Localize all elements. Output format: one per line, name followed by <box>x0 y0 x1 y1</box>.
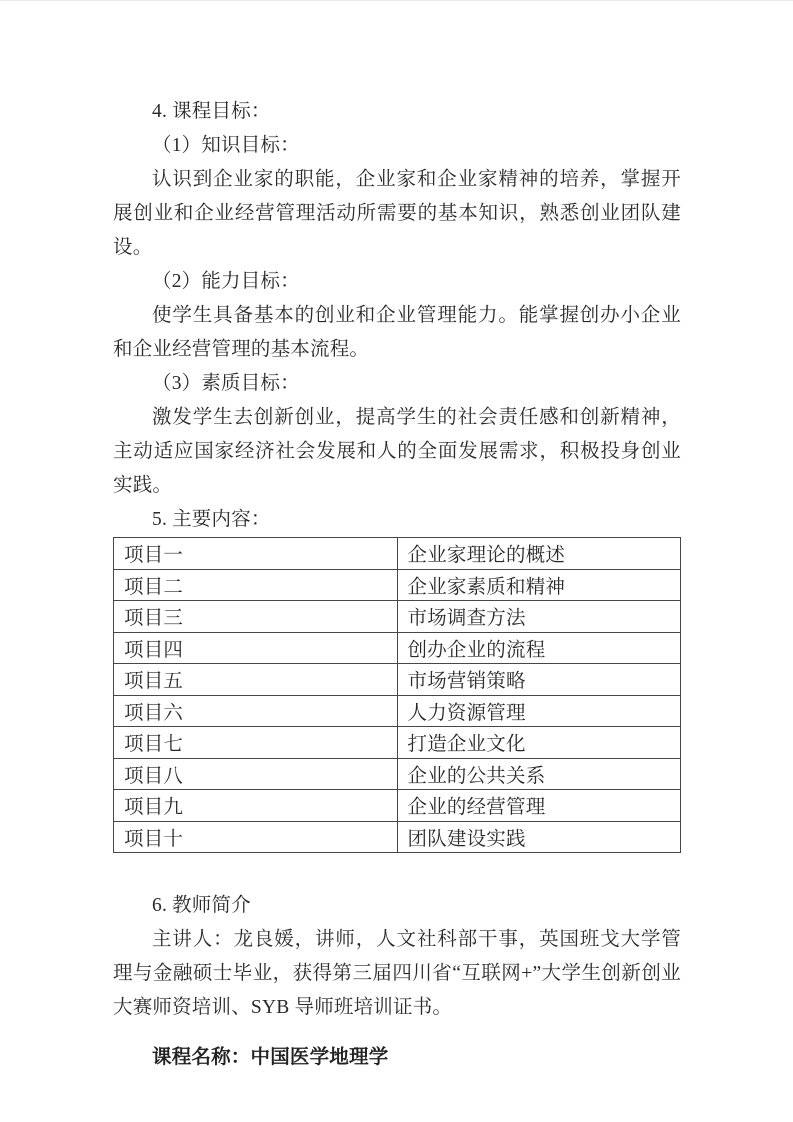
project-content-cell: 市场调查方法 <box>397 601 681 633</box>
project-number-cell: 项目二 <box>114 569 398 601</box>
ability-objective-body: 使学生具备基本的创业和企业管理能力。能掌握创办小企业和企业经营管理的基本流程。 <box>113 299 681 367</box>
section-4-heading: 4. 课程目标： <box>113 95 681 129</box>
table-row: 项目八 企业的公共关系 <box>114 758 681 790</box>
project-number-cell: 项目十 <box>114 821 398 853</box>
table-row: 项目六 人力资源管理 <box>114 695 681 727</box>
knowledge-objective-body: 认识到企业家的职能，企业家和企业家精神的培养，掌握开展创业和企业经营管理活动所需… <box>113 163 681 265</box>
project-content-cell: 人力资源管理 <box>397 695 681 727</box>
section-6-heading: 6. 教师简介 <box>113 889 681 923</box>
ability-objective-subheading: （2）能力目标： <box>113 265 681 299</box>
section-5-heading: 5. 主要内容： <box>113 503 681 537</box>
table-row: 项目一 企业家理论的概述 <box>114 538 681 570</box>
project-content-cell: 打造企业文化 <box>397 727 681 759</box>
quality-objective-body: 激发学生去创新创业，提高学生的社会责任感和创新精神，主动适应国家经济社会发展和人… <box>113 401 681 503</box>
project-content-cell: 企业的公共关系 <box>397 758 681 790</box>
project-number-cell: 项目八 <box>114 758 398 790</box>
project-content-cell: 团队建设实践 <box>397 821 681 853</box>
teacher-bio-body: 主讲人：龙良媛，讲师，人文社科部干事，英国班戈大学管理与金融硕士毕业，获得第三届… <box>113 923 681 1025</box>
table-row: 项目七 打造企业文化 <box>114 727 681 759</box>
table-row: 项目九 企业的经营管理 <box>114 790 681 822</box>
project-content-cell: 企业的经营管理 <box>397 790 681 822</box>
project-number-cell: 项目六 <box>114 695 398 727</box>
document-page: 4. 课程目标： （1）知识目标： 认识到企业家的职能，企业家和企业家精神的培养… <box>0 1 793 1122</box>
project-number-cell: 项目三 <box>114 601 398 633</box>
project-content-cell: 企业家理论的概述 <box>397 538 681 570</box>
table-row: 项目二 企业家素质和精神 <box>114 569 681 601</box>
project-number-cell: 项目九 <box>114 790 398 822</box>
project-number-cell: 项目五 <box>114 664 398 696</box>
project-content-cell: 市场营销策略 <box>397 664 681 696</box>
table-row: 项目三 市场调查方法 <box>114 601 681 633</box>
table-row: 项目十 团队建设实践 <box>114 821 681 853</box>
knowledge-objective-subheading: （1）知识目标： <box>113 129 681 163</box>
main-content-table: 项目一 企业家理论的概述 项目二 企业家素质和精神 项目三 市场调查方法 项目四… <box>113 537 681 853</box>
project-number-cell: 项目七 <box>114 727 398 759</box>
quality-objective-subheading: （3）素质目标： <box>113 367 681 401</box>
project-number-cell: 项目一 <box>114 538 398 570</box>
table-row: 项目五 市场营销策略 <box>114 664 681 696</box>
project-number-cell: 项目四 <box>114 632 398 664</box>
table-row: 项目四 创办企业的流程 <box>114 632 681 664</box>
course-name-line: 课程名称：中国医学地理学 <box>113 1041 681 1075</box>
project-content-cell: 创办企业的流程 <box>397 632 681 664</box>
project-content-cell: 企业家素质和精神 <box>397 569 681 601</box>
content-table-body: 项目一 企业家理论的概述 项目二 企业家素质和精神 项目三 市场调查方法 项目四… <box>114 538 681 853</box>
